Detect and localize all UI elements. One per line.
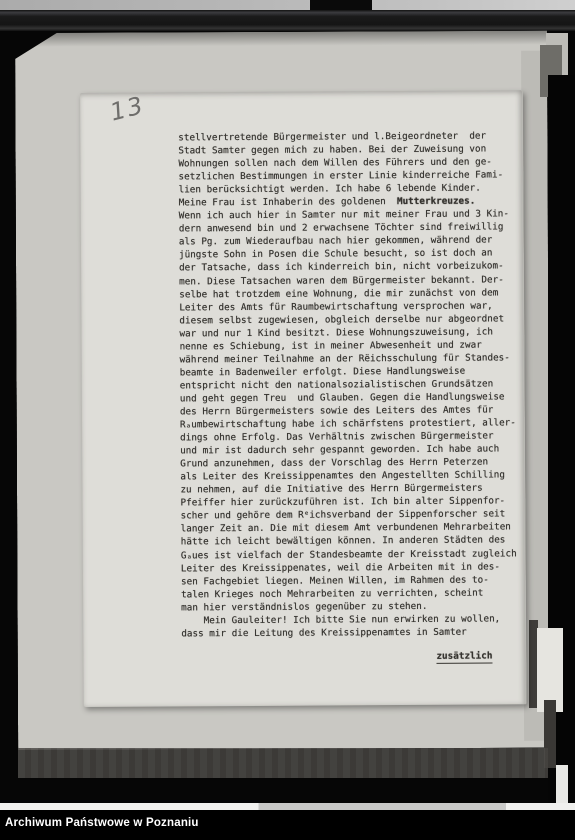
typed-line: dass mir die Leitung des Kreissippenamte… bbox=[181, 625, 521, 640]
backing-sheet-top-shadow bbox=[15, 31, 547, 47]
bottom-shadow-mat bbox=[18, 748, 548, 778]
catchword-zusaetzlich: zusätzlich bbox=[436, 650, 492, 663]
typed-line: während meiner Teilnahme an der Rëichssc… bbox=[180, 351, 520, 366]
archive-footer-bar: Archiwum Państwowe w Poznaniu bbox=[0, 810, 575, 840]
pencil-page-number: 13 bbox=[107, 91, 147, 127]
typed-line: talen Krieges noch Mehrarbeiten zu verri… bbox=[181, 586, 521, 601]
typed-text-block: stellvertretende Bürgermeister und l.Bei… bbox=[178, 129, 521, 640]
typed-line: Mein Gauleiter! Ich bitte Sie nun erwirk… bbox=[181, 612, 521, 627]
typed-letter-page: 13 stellvertretende Bürgermeister und l.… bbox=[80, 90, 527, 707]
film-edge-band bbox=[0, 10, 575, 31]
archive-name-label: Archiwum Państwowe w Poznaniu bbox=[5, 817, 199, 829]
scan-viewer: 13 stellvertretende Bürgermeister und l.… bbox=[0, 0, 575, 840]
scanner-top-black-mark bbox=[310, 0, 372, 10]
scanner-top-strip bbox=[0, 0, 575, 10]
white-edge-bottom-right bbox=[556, 765, 568, 807]
scanner-bottom-stripe bbox=[0, 803, 575, 810]
